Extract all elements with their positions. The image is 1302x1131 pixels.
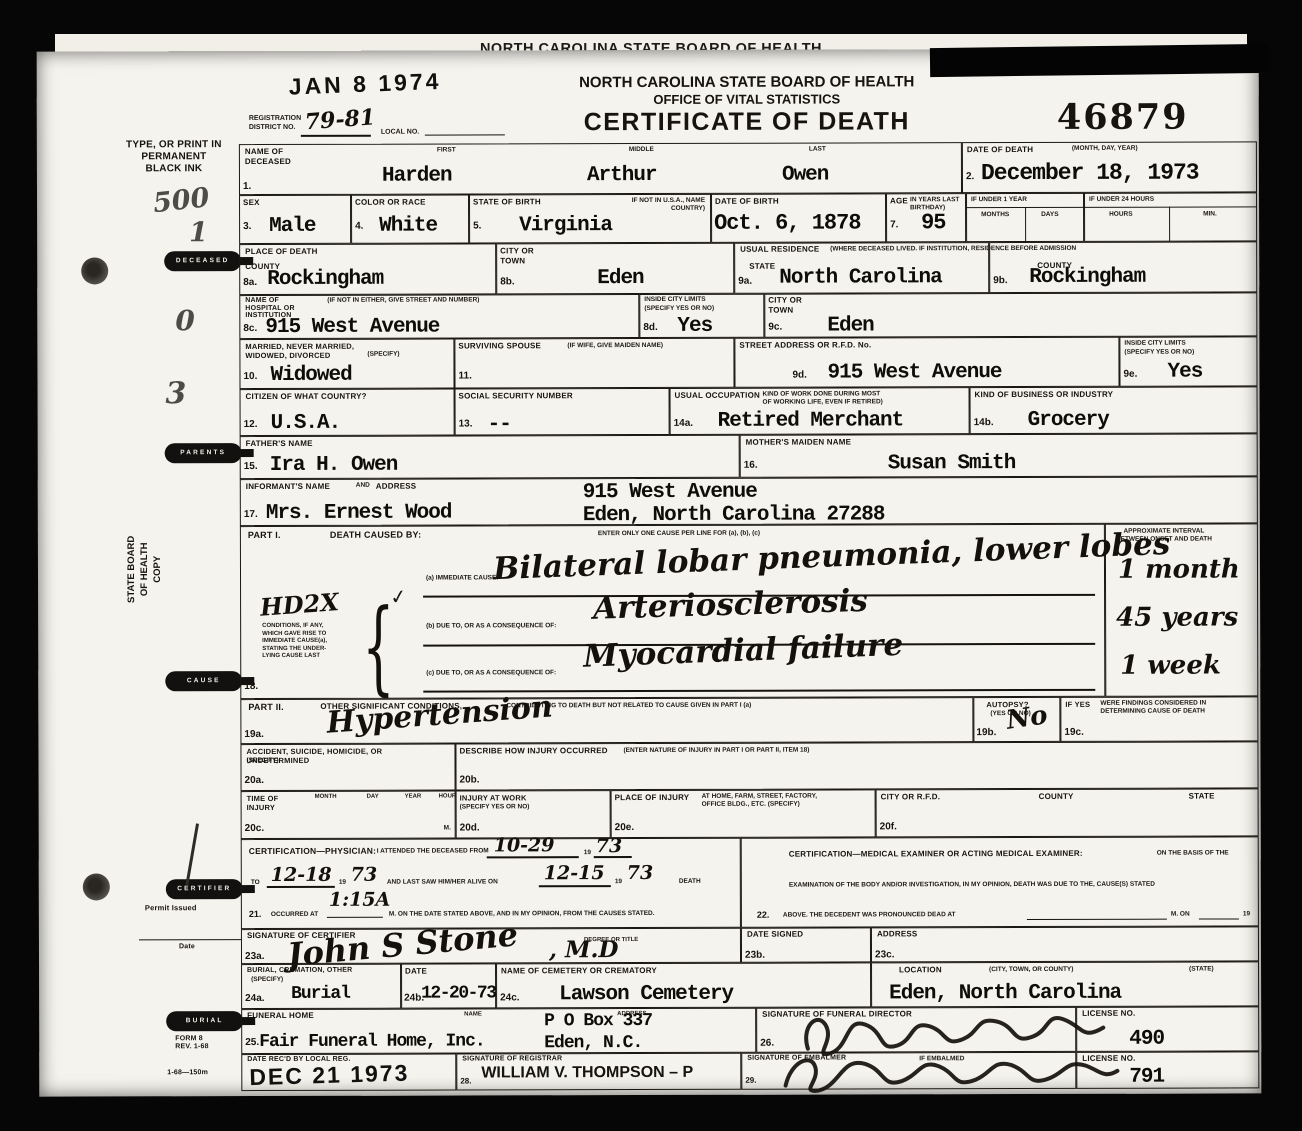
saw-19: 19 (615, 878, 622, 886)
field-10-num: 10. (243, 371, 257, 382)
middle-header: MIDDLE (629, 146, 654, 154)
accident-sub: (SPECIFY) (246, 757, 278, 765)
field-17-num: 17. (244, 509, 258, 520)
informant-address2: Eden, North Carolina 27288 (583, 504, 885, 526)
field-15-num: 15. (244, 461, 258, 472)
icl-8d-value: Yes (677, 316, 712, 337)
pronounced-label: ABOVE. THE DECEDENT WAS PRONOUNCED DEAD … (783, 911, 956, 920)
saw-line (539, 885, 611, 887)
to-year-value: 73 (351, 866, 378, 885)
street-value: 915 West Avenue (827, 362, 1001, 383)
examiner-19: 19 (1243, 910, 1250, 918)
field-25-num: 25. (245, 1037, 259, 1048)
field-20f-num: 20f. (880, 821, 897, 832)
field-28-num: 28. (460, 1076, 471, 1085)
pod-city-label: CITY OR TOWN (500, 246, 534, 265)
industry-label: KIND OF BUSINESS OR INDUSTRY (975, 390, 1114, 400)
marital-sub: (SPECIFY) (367, 351, 399, 359)
citizen-label: CITIZEN OF WHAT COUNTRY? (246, 392, 367, 402)
field-9b-num: 9b. (993, 275, 1007, 286)
saw-value: 12-15 (544, 864, 605, 883)
months-label: MONTHS (981, 211, 1009, 219)
day-label: DAY (367, 794, 379, 802)
certificate-page: TYPE, OR PRINT IN PERMANENT BLACK INK 50… (37, 48, 1262, 1096)
certifier-address-label: ADDRESS (877, 929, 918, 939)
part2-label: PART II. (248, 702, 283, 713)
place-of-injury-label: PLACE OF INJURY (615, 793, 690, 803)
icl-9e-label: INSIDE CITY LIMITS (1124, 340, 1185, 348)
director-license-label: LICENSE NO. (1082, 1009, 1135, 1019)
embalmer-signature (781, 1041, 1122, 1096)
occupation-sub: KIND OF WORK DONE DURING MOST OF WORKING… (763, 390, 883, 407)
death-word: DEATH (679, 878, 701, 886)
injury-state-label: STATE (1189, 792, 1215, 802)
ssn-value: -- (488, 414, 511, 435)
spouse-label: SURVIVING SPOUSE (458, 341, 541, 351)
attended-from-value: 10-29 (494, 836, 555, 855)
cause-a-label: (a) IMMEDIATE CAUSE: (426, 574, 498, 582)
pencil-slash (185, 823, 199, 885)
field-16-num: 16. (744, 460, 758, 471)
m-on-label: M. ON (1171, 911, 1190, 919)
burial-date-label: DATE (405, 967, 427, 977)
res-state-label: STATE (749, 262, 775, 272)
certificate-number: 46879 (1057, 96, 1257, 138)
icl-8d-label: INSIDE CITY LIMITS (644, 296, 705, 304)
field-19b-num: 19b. (976, 727, 996, 738)
sex-value: Male (269, 216, 315, 237)
last-header: LAST (809, 146, 826, 154)
field-26-num: 26. (760, 1038, 774, 1049)
ink-instruction: TYPE, OR PRINT IN PERMANENT BLACK INK (99, 139, 249, 175)
hours-label: HOURS (1109, 211, 1133, 219)
field-8d-num: 8d. (643, 322, 657, 333)
cert-examiner-title: CERTIFICATION—MEDICAL EXAMINER OR ACTING… (789, 849, 1083, 859)
under-1-year-label: IF UNDER 1 YEAR (971, 196, 1027, 204)
res-state-value: North Carolina (779, 267, 941, 288)
occurred-label: OCCURRED AT (271, 911, 318, 919)
race-label: COLOR OR RACE (355, 198, 426, 208)
cause-c-interval: 1 week (1120, 653, 1221, 679)
cause-b-label: (b) DUE TO, OR AS A CONSEQUENCE OF: (426, 622, 556, 630)
registration-district-label: REGISTRATION DISTRICT NO. (249, 115, 301, 133)
stub-tab-burial: BURIAL (166, 1011, 243, 1031)
field-11-num: 11. (458, 370, 471, 381)
how-injury-sub: (ENTER NATURE OF INJURY IN PART I OR PAR… (623, 747, 809, 756)
field-9e-num: 9e. (1123, 369, 1137, 380)
place-of-death-group: PLACE OF DEATH (245, 247, 317, 257)
received-date-stamp: JAN 8 1974 (288, 70, 442, 99)
brace-mark: { (362, 597, 395, 699)
field-20c-num: 20c. (245, 823, 264, 834)
conditions-note: CONDITIONS, IF ANY, WHICH GAVE RISE TO I… (262, 623, 327, 661)
date-of-birth-label: DATE OF BIRTH (715, 197, 779, 207)
field-21-num: 21. (249, 909, 262, 919)
registrar-signature-stamp: WILLIAM V. THOMPSON – P (481, 1064, 693, 1083)
field-9c-num: 9c. (768, 322, 782, 333)
pencil-mark: 500 (152, 184, 211, 217)
last-saw-label: AND LAST SAW HIM/HER ALIVE ON (387, 878, 498, 886)
usual-residence-group: USUAL RESIDENCE (740, 245, 819, 255)
location-label: LOCATION (899, 965, 942, 975)
field-29-num: 29. (745, 1076, 756, 1085)
marital-value: Widowed (270, 365, 351, 386)
registrar-sig-label: SIGNATURE OF REGISTRAR (462, 1055, 562, 1064)
injury-county-label: COUNTY (1039, 792, 1074, 802)
field-7-num: 7. (890, 219, 898, 230)
attended-label: I ATTENDED THE DECEASED FROM (377, 847, 489, 855)
funeral-home-label: FUNERAL HOME (247, 1011, 314, 1021)
cause-b-value: Arteriosclerosis (593, 586, 869, 625)
from-year-value: 73 (596, 837, 623, 856)
time-line (327, 917, 383, 918)
industry-value: Grocery (1028, 410, 1109, 431)
burial-value: Burial (291, 985, 350, 1003)
field-20b-num: 20b. (460, 774, 480, 785)
on-line (1199, 918, 1239, 919)
form-code: FORM 8 REV. 1-68 (175, 1035, 208, 1052)
field-23b-num: 23b. (745, 950, 765, 961)
date-line (139, 939, 241, 940)
pod-county-value: Rockingham (267, 269, 383, 290)
embalmer-license-value: 791 (1129, 1067, 1164, 1088)
year-label: YEAR (405, 794, 422, 802)
field-14a-num: 14a. (674, 418, 693, 429)
stub-tab-certifier: CERTIFIER (166, 879, 243, 899)
burial-label: BURIAL, CREMATION, OTHER (247, 967, 387, 976)
res-county-value: Rockingham (1029, 267, 1145, 288)
field-4-num: 4. (355, 221, 363, 232)
age-label: AGE (890, 196, 908, 206)
min-label: MIN. (1203, 211, 1217, 219)
from-line (487, 856, 579, 858)
informant-name: Mrs. Ernest Wood (266, 503, 452, 524)
deceased-first-name: Harden (382, 166, 452, 187)
cause-c-label: (c) DUE TO, OR AS A CONSEQUENCE OF: (426, 669, 556, 677)
informant-and: AND (356, 482, 370, 490)
time-of-injury-label: TIME OF INJURY (247, 794, 279, 812)
place-of-injury-sub: AT HOME, FARM, STREET, FACTORY, OFFICE B… (702, 793, 817, 810)
occupation-value: Retired Merchant (718, 410, 904, 431)
saw-year-value: 73 (627, 864, 654, 883)
cause-a-interval: 1 month (1118, 556, 1240, 582)
street-label: STREET ADDRESS OR R.F.D. No. (739, 340, 871, 350)
occurred-rest: M. ON THE DATE STATED ABOVE, AND IN MY O… (389, 910, 655, 919)
hour-label: HOUR (439, 794, 457, 802)
field-20d-num: 20d. (460, 822, 480, 833)
father-label: FATHER'S NAME (246, 439, 313, 449)
usual-residence-sub: (WHERE DECEASED LIVED. IF INSTITUTION, R… (830, 244, 1250, 253)
registration-district-value: 79-81 (304, 106, 376, 133)
spouse-sub: (IF WIFE, GIVE MAIDEN NAME) (567, 342, 663, 350)
cert-physician-title: CERTIFICATION—PHYSICIAN: (249, 846, 376, 857)
field-8c-num: 8c. (243, 323, 257, 334)
field-1-num: 1. (243, 181, 251, 192)
field-8b-num: 8b. (500, 276, 514, 287)
field-18-num: 18. (244, 681, 258, 692)
cemetery-label: NAME OF CEMETERY OR CREMATORY (501, 966, 657, 976)
field-9d-num: 9d. (792, 370, 806, 381)
autopsy-value: No (1005, 702, 1049, 734)
citizen-value: U.S.A. (271, 413, 341, 434)
pencil-mark: 1 (189, 219, 208, 246)
date-of-death-sub: (MONTH, DAY, YEAR) (1072, 145, 1138, 153)
mother-label: MOTHER'S MAIDEN NAME (746, 437, 851, 447)
days-label: DAYS (1041, 211, 1058, 219)
part1-label: PART I. (248, 530, 281, 541)
burial-date-value: 12-20-73 (421, 984, 495, 1002)
stub-tab-parents: PARENTS (165, 443, 242, 463)
to-line (267, 886, 335, 888)
to-19: 19 (339, 879, 346, 887)
father-value: Ira H. Owen (270, 455, 398, 476)
field-24a-num: 24a. (245, 993, 264, 1004)
certificate-title: CERTIFICATE OF DEATH (437, 107, 1057, 138)
findings-label: IF YES (1065, 700, 1090, 709)
date-of-death-label: DATE OF DEATH (967, 145, 1033, 155)
findings-sub: WERE FINDINGS CONSIDERED IN DETERMINING … (1100, 700, 1206, 717)
examiner-body-text: EXAMINATION OF THE BODY AND/OR INVESTIGA… (789, 881, 1155, 890)
informant-label: INFORMANT'S NAME (246, 482, 330, 492)
field-8a-num: 8a. (243, 277, 257, 288)
icl-9e-value: Yes (1167, 362, 1202, 383)
local-no-label: LOCAL NO. (381, 129, 419, 138)
redaction-bar (930, 44, 1268, 77)
hospital-value: 915 West Avenue (265, 317, 439, 338)
hole-punch (81, 257, 108, 284)
informant-address1: 915 West Avenue (583, 482, 757, 503)
from-19: 19 (584, 849, 591, 857)
field-19a-num: 19a. (244, 729, 263, 740)
field-13-num: 13. (459, 418, 473, 429)
field-20a-num: 20a. (245, 775, 264, 786)
office-name: OFFICE OF VITAL STATISTICS (437, 91, 1057, 108)
month-label: MONTH (315, 794, 337, 802)
funeral-home-addr1: P O Box 337 (544, 1012, 652, 1030)
local-no-line (425, 134, 505, 135)
injury-city-label: CITY OR R.F.D. (881, 792, 941, 802)
age-value: 95 (921, 212, 945, 234)
informant-address-label: ADDRESS (376, 482, 417, 492)
date-label: Date (179, 943, 195, 951)
hole-punch (83, 873, 110, 900)
state-of-birth-value: Virginia (519, 215, 612, 236)
field-24c-num: 24c. (500, 992, 519, 1003)
marital-label: MARRIED, NEVER MARRIED, WIDOWED, DIVORCE… (245, 342, 354, 360)
field-20e-num: 20e. (615, 822, 634, 833)
scanned-death-certificate: NORTH CAROLINA STATE BOARD OF HEALTH TYP… (0, 0, 1302, 1131)
embalmer-license-label: LICENSE NO. (1082, 1054, 1135, 1064)
cemetery-value: Lawson Cemetery (559, 984, 733, 1005)
to-label: TO (251, 879, 260, 887)
deceased-middle-name: Arthur (587, 165, 657, 186)
date-signed-label: DATE SIGNED (747, 930, 803, 940)
date-of-birth-value: Oct. 6, 1878 (714, 212, 860, 234)
stub-tab-deceased: DECEASED (164, 251, 241, 271)
hospital-sub: (IF NOT IN EITHER, GIVE STREET AND NUMBE… (327, 296, 479, 305)
injury-at-work-label: INJURY AT WORK (460, 793, 527, 802)
death-time-value: 1:15A (329, 891, 390, 910)
copy-designation: STATE BOARD OF HEALTH COPY (126, 519, 226, 619)
mother-value: Susan Smith (888, 453, 1016, 474)
sex-label: SEX (243, 198, 260, 208)
name-label: NAME OF DECEASED (245, 147, 291, 166)
deceased-last-name: Owen (782, 165, 828, 186)
death-caused-by-label: DEATH CAUSED BY: (330, 530, 421, 541)
icl-8d-sub: (SPECIFY YES OR NO) (644, 305, 714, 313)
field-2-num: 2. (966, 171, 974, 182)
margin-code-handwritten: HD2X (259, 590, 339, 620)
field-12-num: 12. (244, 419, 258, 430)
to-value: 12-18 (271, 866, 332, 885)
meridiem-label: M. (444, 825, 451, 833)
funeral-home-addr2: Eden, N.C. (544, 1034, 642, 1052)
location-state-sub: (STATE) (1189, 966, 1214, 974)
field-14b-num: 14b. (974, 417, 994, 428)
cell-certifier-address (871, 926, 1259, 962)
burial-sub: (SPECIFY) (251, 976, 283, 984)
field-23c-num: 23c. (875, 949, 894, 960)
field-22-num: 22. (757, 910, 770, 920)
field-19c-num: 19c. (1064, 727, 1083, 738)
certifier-degree-script: , M.D (549, 938, 618, 961)
how-injury-label: DESCRIBE HOW INJURY OCCURRED (459, 746, 607, 756)
pod-city-value: Eden (597, 268, 643, 289)
state-of-birth-label: STATE OF BIRTH (473, 197, 541, 207)
res-city-value: Eden (827, 315, 873, 336)
cause-b-interval: 45 years (1116, 604, 1238, 630)
funeral-home-name: Fair Funeral Home, Inc. (259, 1032, 484, 1051)
date-of-death-value: December 18, 1973 (981, 162, 1199, 186)
injury-at-work-sub: (SPECIFY YES OR NO) (460, 803, 530, 811)
print-run-code: 1-68—150m (167, 1069, 208, 1077)
stub-tab-cause: CAUSE (165, 671, 242, 691)
basis-label: ON THE BASIS OF THE (1157, 849, 1229, 857)
field-3-num: 3. (243, 221, 251, 232)
state-of-birth-sub: IF NOT IN U.S.A., NAME COUNTRY) (557, 197, 705, 214)
race-value: White (379, 216, 437, 237)
field-5-num: 5. (473, 220, 481, 231)
pencil-mark: 3 (165, 379, 186, 409)
location-sub: (CITY, TOWN, OR COUNTY) (989, 966, 1073, 974)
icl-9e-sub: (SPECIFY YES OR NO) (1124, 349, 1194, 357)
res-city-label: CITY OR TOWN (768, 296, 802, 315)
ssn-label: SOCIAL SECURITY NUMBER (459, 391, 573, 401)
funeral-name-sub: NAME (464, 1011, 482, 1019)
cause-instruction: ENTER ONLY ONE CAUSE PER LINE FOR (a), (… (598, 530, 760, 539)
field-23a-num: 23a. (245, 951, 264, 962)
registration-line (301, 135, 371, 137)
permit-issued-label: Permit Issued (145, 903, 197, 912)
from-year-line (594, 856, 632, 858)
pencil-mark: 0 (175, 307, 195, 335)
under-24-hours-label: IF UNDER 24 HOURS (1089, 196, 1154, 204)
date-received-stamp: DEC 21 1973 (249, 1062, 410, 1090)
first-header: FIRST (437, 147, 456, 155)
director-license-value: 490 (1129, 1029, 1164, 1050)
field-9a-num: 9a. (738, 276, 752, 287)
occupation-label: USUAL OCCUPATION (675, 391, 760, 401)
